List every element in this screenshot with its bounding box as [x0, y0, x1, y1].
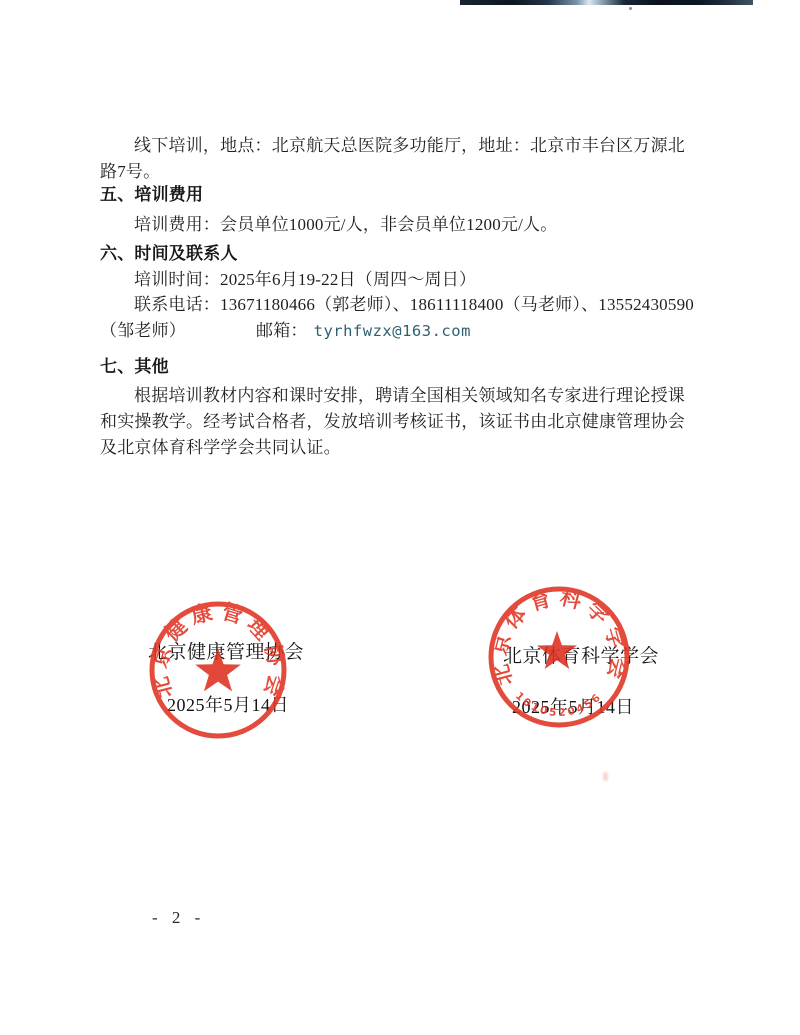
- other-paragraph: 根据培训教材内容和课时安排，聘请全国相关领域知名专家进行理论授课和实操教学。经考…: [100, 383, 685, 461]
- fee-line: 培训费用：会员单位1000元/人，非会员单位1200元/人。: [100, 212, 557, 238]
- email-address: tyrhfwzx@163.com: [314, 322, 471, 340]
- contact-continuation-line: （邹老师）邮箱：tyrhfwzx@163.com: [100, 318, 471, 344]
- scan-speck: [629, 7, 632, 10]
- official-seal-2: 北京体育科学学会 101052045680: [472, 570, 646, 744]
- contact-teacher-zou: （邹老师）: [100, 321, 186, 340]
- seal-arc-text-2: 北京体育科学学会: [487, 585, 631, 688]
- training-time-line: 培训时间：2025年6月19-22日（周四～周日）: [100, 267, 476, 293]
- seal-star-icon: [195, 648, 241, 691]
- seal-star-icon: [537, 631, 577, 669]
- location-paragraph: 线下培训，地点：北京航天总医院多功能厅，地址：北京市丰台区万源北路7号。: [100, 133, 685, 185]
- document-page: 线下培训，地点：北京航天总医院多功能厅，地址：北京市丰台区万源北路7号。 五、培…: [0, 0, 800, 1035]
- page-number: - 2 -: [152, 908, 205, 928]
- section6-heading: 六、时间及联系人: [100, 241, 238, 267]
- section7-heading: 七、其他: [100, 354, 169, 380]
- scan-smudge: [603, 772, 608, 781]
- official-seal-1: 北京健康管理协会: [133, 585, 303, 755]
- scan-artifact-strip: [460, 0, 753, 5]
- contact-phone-line: 联系电话：13671180466（郭老师）、18611118400（马老师）、1…: [100, 292, 694, 318]
- email-label: 邮箱：: [256, 321, 308, 340]
- section5-heading: 五、培训费用: [100, 182, 203, 208]
